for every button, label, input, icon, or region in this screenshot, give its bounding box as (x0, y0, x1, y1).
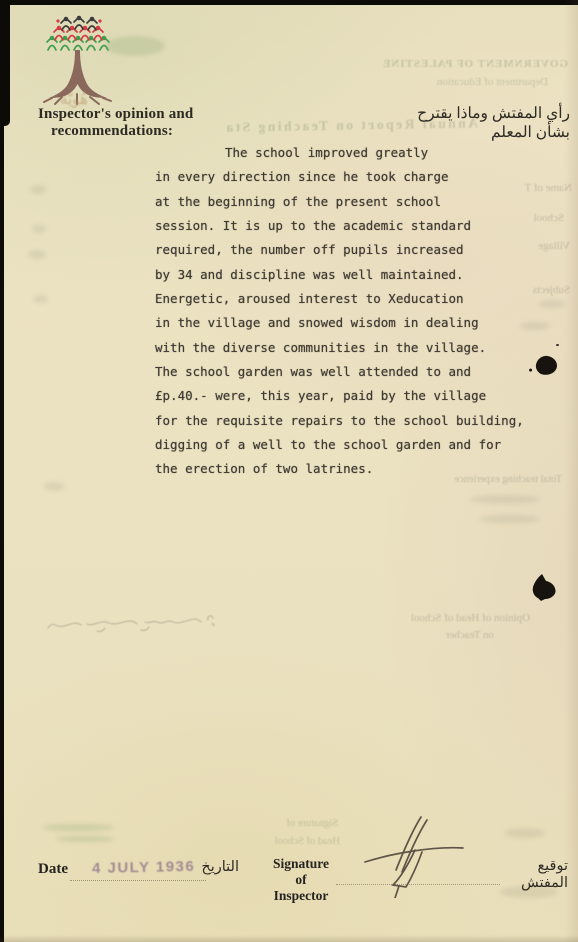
date-label-arabic: التاريخ (205, 859, 239, 876)
ink-smudge (28, 250, 46, 259)
ink-smudge (105, 36, 165, 56)
typed-line: Energetic, aroused interest to Xeducatio… (155, 287, 550, 311)
scan-edge-left-corner (0, 0, 10, 126)
ink-blot-icon (529, 573, 559, 602)
signature-label-line1: Signature of (268, 856, 334, 888)
signature-label-line2: Inspector (268, 888, 334, 904)
ink-smudge (42, 824, 114, 831)
ink-smudge (56, 836, 114, 842)
typed-line: with the diverse communities in the vill… (155, 336, 550, 360)
scan-edge-bottom-shade (0, 935, 578, 942)
typed-line: in the village and snowed wisdom in deal… (155, 311, 550, 335)
date-label: Date (38, 861, 68, 878)
date-stamp: 4 JULY 1936 (92, 858, 192, 877)
typed-line: The school improved greatly (155, 141, 550, 165)
scan-edge-top (0, 0, 578, 5)
typed-line: session. It is up to the academic standa… (155, 214, 550, 238)
ink-smudge (32, 225, 46, 233)
typed-line: required, the number off pupils increase… (155, 238, 550, 262)
handwritten-bleedthrough (45, 604, 220, 646)
ink-smudge (470, 495, 540, 504)
ink-smudge (33, 295, 48, 303)
typed-line: digging of a well to the school garden a… (155, 433, 550, 457)
ink-smudge (505, 828, 545, 838)
bleedthrough-text: on Teacher (424, 629, 494, 641)
typed-line: for the requisite repairs to the school … (155, 409, 550, 433)
signature-label-arabic: توقيع المفتش (500, 858, 568, 892)
typed-line: in every direction since he took charge (155, 165, 550, 189)
inspector-signature (360, 810, 468, 898)
typed-line: at the beginning of the present school (155, 190, 550, 214)
typed-line: The school garden was well attended to a… (155, 360, 550, 384)
inspector-opinion-label: Inspector's opinion and recommendations: (38, 106, 218, 140)
bleedthrough-text: Opinion of Head of School (388, 612, 530, 624)
scanned-document-page: هُويّة GOVERNMENT OF PALESTINE Departmen… (0, 0, 578, 942)
ink-smudge (480, 515, 540, 523)
typed-line: the erection of two latrines. (155, 457, 550, 481)
ink-smudge (44, 482, 64, 491)
bleedthrough-text: Signature of (268, 818, 338, 829)
ink-smudge (30, 185, 46, 194)
bleedthrough-text: Department of Education (392, 76, 548, 88)
bleedthrough-text: Head of School (252, 836, 340, 847)
inspector-opinion-label-arabic: رأي المفتش وماذا يقترح بشأن المعلم (392, 104, 570, 142)
typewritten-report-body: The school improved greatly in every dir… (155, 141, 550, 482)
ink-speck (556, 344, 559, 346)
scan-edge-left (0, 0, 4, 942)
typed-line: £p.40.- were, this year, paid by the vil… (155, 384, 550, 408)
inspector-opinion-label-line2: recommendations: (38, 123, 218, 140)
signature-of-inspector-label: Signature of Inspector (268, 856, 334, 904)
bleedthrough-text: GOVERNMENT OF PALESTINE (372, 58, 568, 70)
inspector-opinion-label-line1: Inspector's opinion and (38, 106, 218, 123)
typed-line: by 34 and discipline was well maintained… (155, 263, 550, 287)
